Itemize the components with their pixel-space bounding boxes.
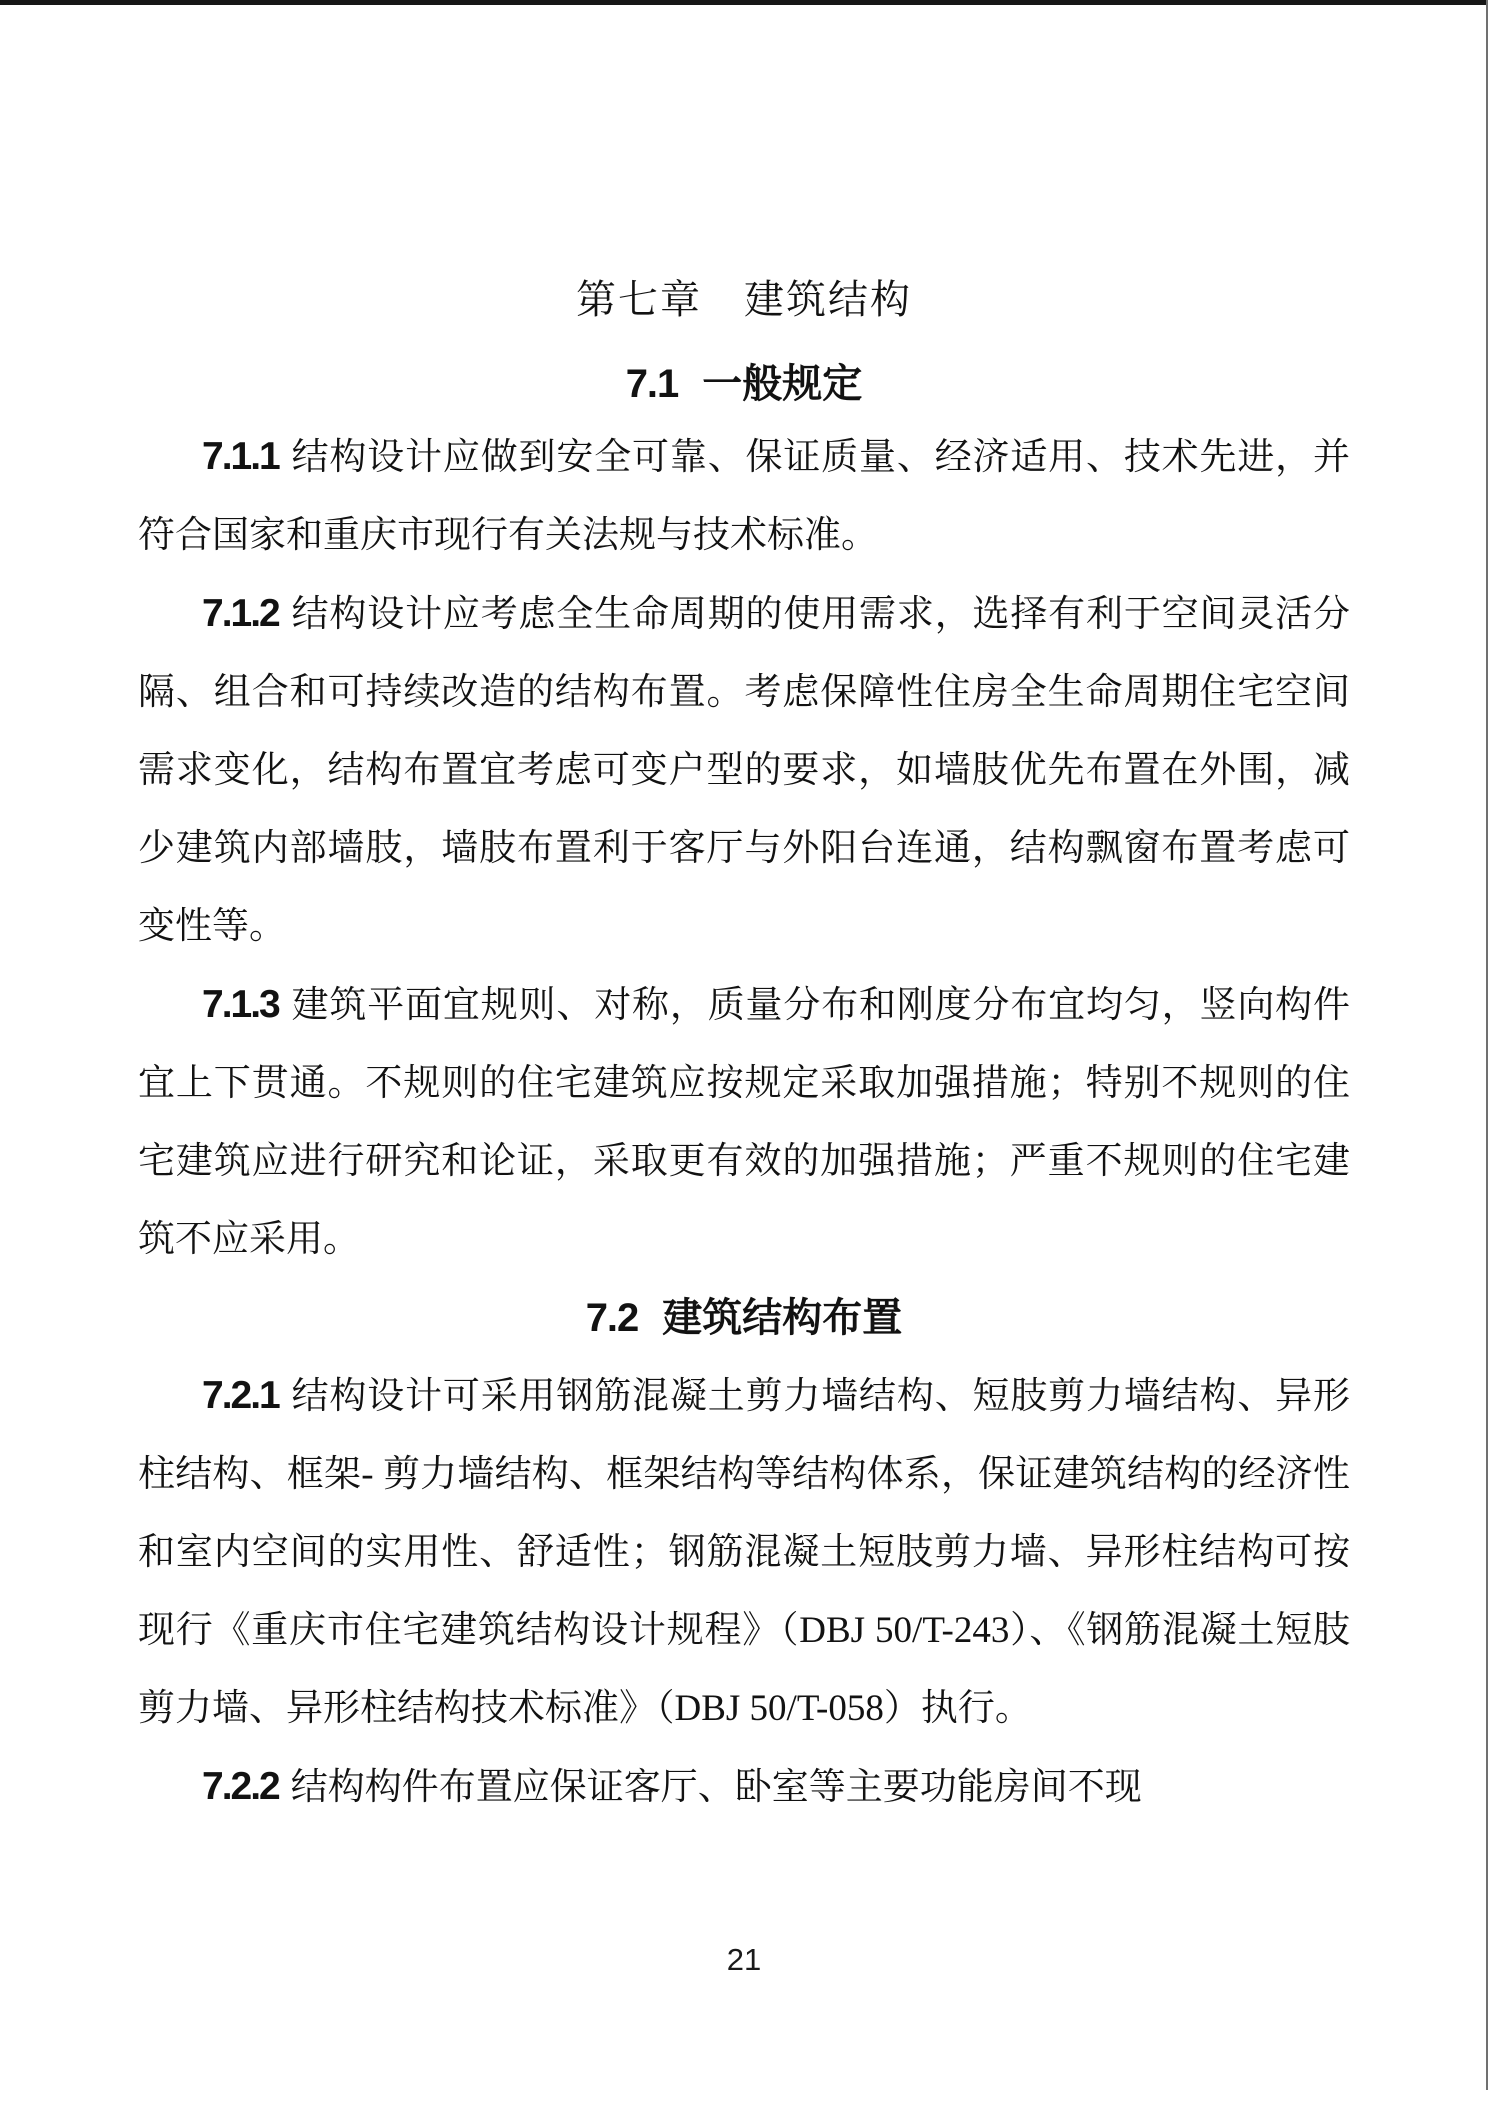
clause-text: 结构构件布置应保证客厅、卧室等主要功能房间不现 [291, 1767, 1142, 1808]
section-heading-number: 7.1 [626, 362, 679, 406]
clause-7-1-2: 7.1.2结构设计应考虑全生命周期的使用需求，选择有利于空间灵活分隔、组合和可持… [138, 575, 1350, 966]
page-number: 21 [0, 1942, 1488, 1978]
clause-7-1-3: 7.1.3建筑平面宜规则、对称，质量分布和刚度分布宜均匀，竖向构件宜上下贯通。不… [138, 966, 1350, 1279]
clause-text: 结构设计应做到安全可靠、保证质量、经济适用、技术先进，并符合国家和重庆市现行有关… [138, 437, 1350, 556]
clause-number: 7.2.2 [202, 1765, 279, 1808]
section-heading-7-2: 7.2建筑结构布置 [138, 1279, 1350, 1357]
section-heading-title: 建筑结构布置 [662, 1296, 902, 1340]
clause-text: 结构设计可采用钢筋混凝土剪力墙结构、短肢剪力墙结构、异形柱结构、框架- 剪力墙结… [138, 1376, 1350, 1729]
scan-edge-top-line [0, 0, 1488, 5]
section-heading-number: 7.2 [586, 1296, 639, 1340]
chapter-title: 第七章 建筑结构 [138, 0, 1350, 330]
clause-7-1-1: 7.1.1结构设计应做到安全可靠、保证质量、经济适用、技术先进，并符合国家和重庆… [138, 418, 1350, 575]
document-page-content: 第七章 建筑结构 7.1一般规定 7.1.1结构设计应做到安全可靠、保证质量、经… [138, 0, 1350, 1827]
clause-number: 7.1.2 [202, 592, 279, 635]
clause-7-2-2: 7.2.2结构构件布置应保证客厅、卧室等主要功能房间不现 [138, 1748, 1350, 1827]
section-heading-7-1: 7.1一般规定 [138, 350, 1350, 418]
clause-text: 结构设计应考虑全生命周期的使用需求，选择有利于空间灵活分隔、组合和可持续改造的结… [138, 594, 1350, 947]
section-heading-title: 一般规定 [702, 362, 862, 406]
clause-number: 7.1.1 [202, 435, 279, 478]
clause-7-2-1: 7.2.1结构设计可采用钢筋混凝土剪力墙结构、短肢剪力墙结构、异形柱结构、框架-… [138, 1357, 1350, 1748]
clause-text: 建筑平面宜规则、对称，质量分布和刚度分布宜均匀，竖向构件宜上下贯通。不规则的住宅… [138, 985, 1350, 1260]
clause-number: 7.1.3 [202, 983, 279, 1026]
clause-number: 7.2.1 [202, 1374, 279, 1417]
